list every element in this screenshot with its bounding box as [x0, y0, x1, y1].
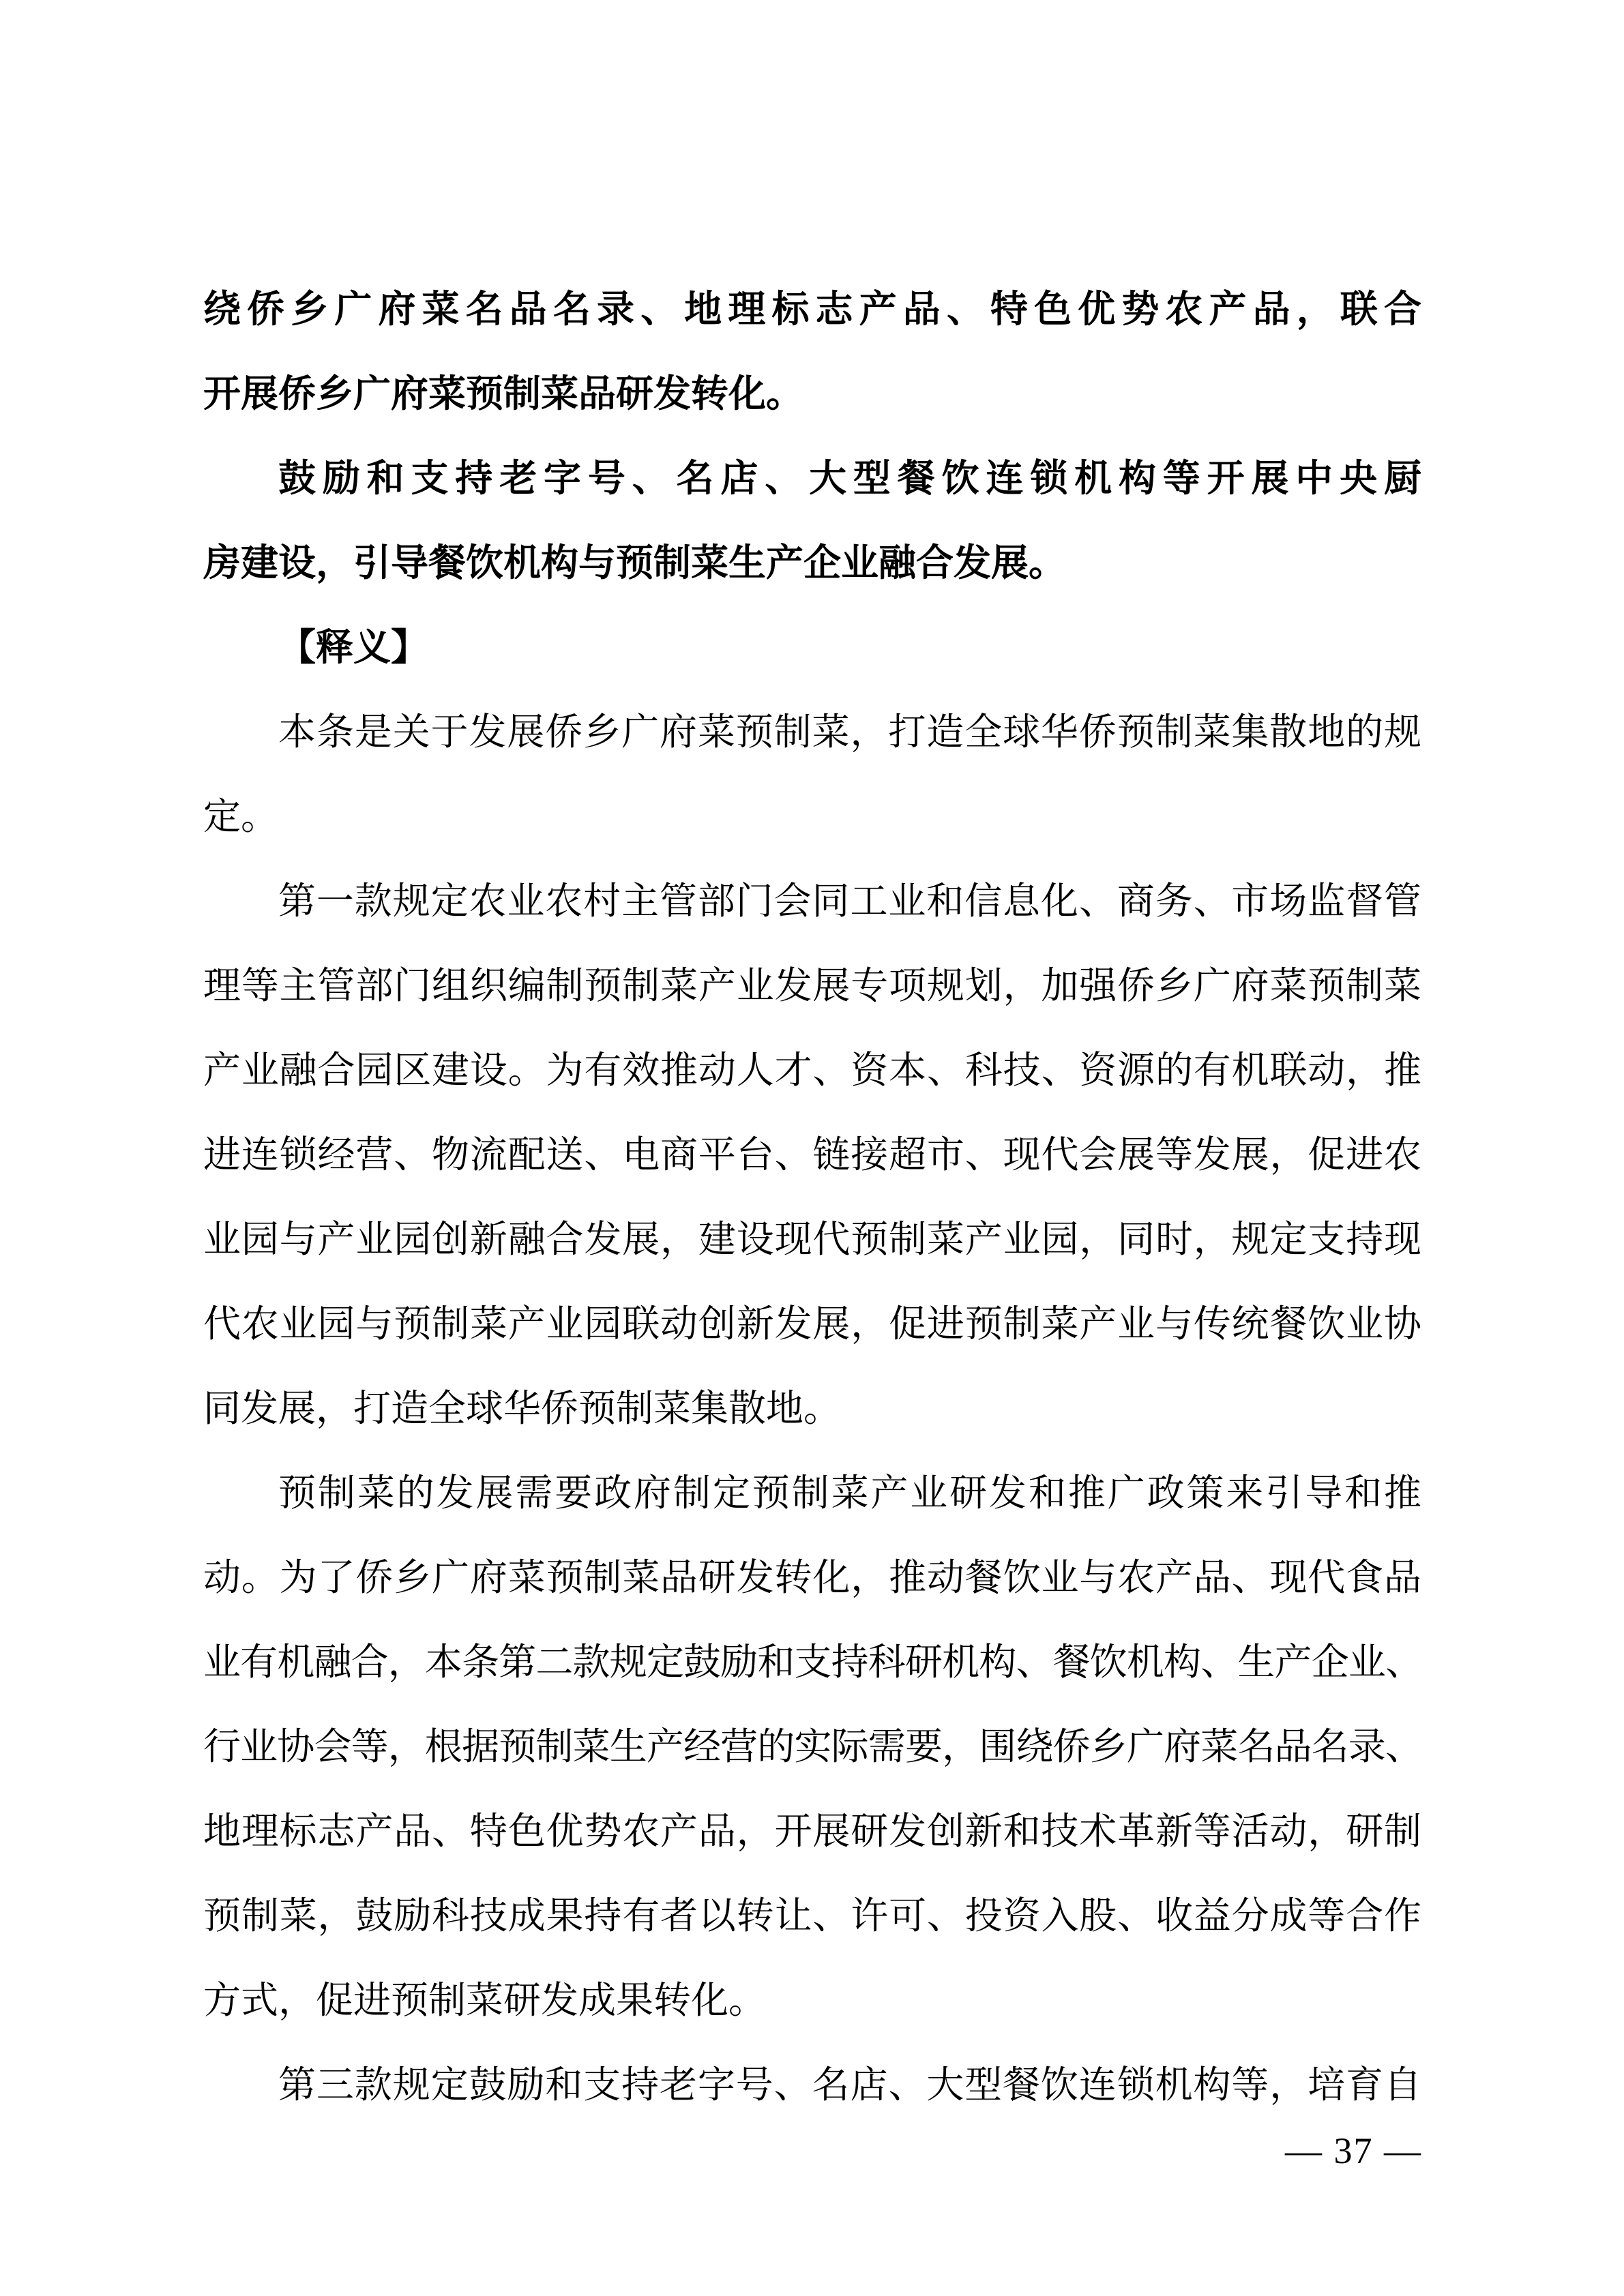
provision-line: 绕侨乡广府菜名品名录、地理标志产品、特色优势农产品，联合 [203, 267, 1421, 352]
page-number: — 37 — [1285, 2129, 1422, 2173]
body-line: 第三款规定鼓励和支持老字号、名店、大型餐饮连锁机构等，培育自 [203, 2043, 1421, 2128]
provision-line: 开展侨乡广府菜预制菜品研发转化。 [203, 352, 1421, 436]
body-line: 预制菜，鼓励科技成果持有者以转让、许可、投资入股、收益分成等合作 [203, 1874, 1421, 1958]
document-body: 绕侨乡广府菜名品名录、地理标志产品、特色优势农产品，联合 开展侨乡广府菜预制菜品… [203, 267, 1421, 2128]
body-line: 动。为了侨乡广府菜预制菜品研发转化，推动餐饮业与农产品、现代食品 [203, 1536, 1421, 1620]
body-line: 理等主管部门组织编制预制菜产业发展专项规划，加强侨乡广府菜预制菜 [203, 944, 1421, 1028]
interpretation-heading: 【释义】 [203, 606, 1421, 690]
body-line: 进连锁经营、物流配送、电商平台、链接超市、现代会展等发展，促进农 [203, 1113, 1421, 1197]
body-line: 代农业园与预制菜产业园联动创新发展，促进预制菜产业与传统餐饮业协 [203, 1282, 1421, 1367]
body-line: 产业融合园区建设。为有效推动人才、资本、科技、资源的有机联动，推 [203, 1028, 1421, 1113]
provision-line: 房建设，引导餐饮机构与预制菜生产企业融合发展。 [203, 521, 1421, 606]
body-line: 第一款规定农业农村主管部门会同工业和信息化、商务、市场监督管 [203, 859, 1421, 944]
body-line: 行业协会等，根据预制菜生产经营的实际需要，围绕侨乡广府菜名品名录、 [203, 1705, 1421, 1789]
body-line: 预制菜的发展需要政府制定预制菜产业研发和推广政策来引导和推 [203, 1451, 1421, 1536]
body-line: 本条是关于发展侨乡广府菜预制菜，打造全球华侨预制菜集散地的规 [203, 690, 1421, 775]
body-line: 业园与产业园创新融合发展，建设现代预制菜产业园，同时，规定支持现 [203, 1197, 1421, 1282]
body-line: 定。 [203, 775, 1421, 859]
provision-line: 鼓励和支持老字号、名店、大型餐饮连锁机构等开展中央厨 [203, 436, 1421, 521]
body-line: 方式，促进预制菜研发成果转化。 [203, 1958, 1421, 2043]
document-page: 绕侨乡广府菜名品名录、地理标志产品、特色优势农产品，联合 开展侨乡广府菜预制菜品… [0, 0, 1624, 2296]
body-line: 地理标志产品、特色优势农产品，开展研发创新和技术革新等活动，研制 [203, 1789, 1421, 1874]
body-line: 同发展，打造全球华侨预制菜集散地。 [203, 1367, 1421, 1451]
body-line: 业有机融合，本条第二款规定鼓励和支持科研机构、餐饮机构、生产企业、 [203, 1620, 1421, 1705]
